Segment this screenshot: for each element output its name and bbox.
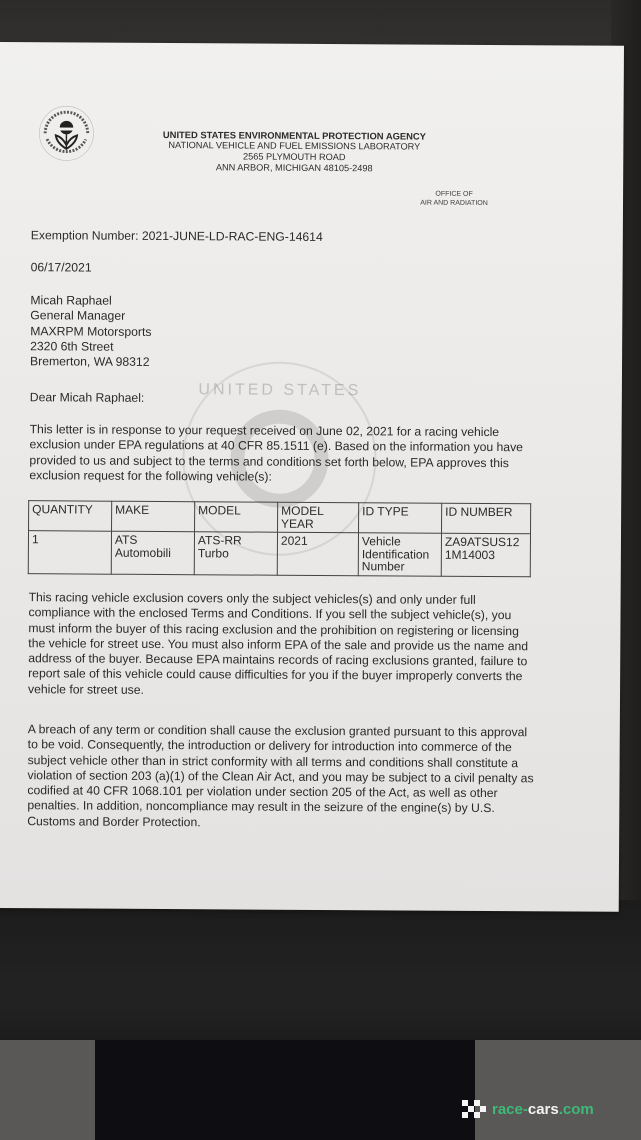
watermark-com: .com	[559, 1101, 594, 1118]
watermark-cars: cars	[528, 1101, 559, 1118]
checkered-flag-icon	[462, 1100, 486, 1118]
paragraph-breach: A breach of any term or condition shall …	[27, 722, 538, 832]
header-model-year: MODEL YEAR	[278, 502, 359, 532]
office-line2: AIR AND RADIATION	[394, 199, 514, 208]
cell-make: ATS Automobili	[111, 531, 194, 575]
header-id-number: ID NUMBER	[442, 503, 531, 534]
header-id-type: ID TYPE	[359, 503, 442, 534]
recipient-address: Micah Raphael General Manager MAXRPM Mot…	[30, 293, 152, 370]
paragraph-coverage: This racing vehicle exclusion covers onl…	[28, 590, 539, 700]
cell-model-year: 2021	[277, 532, 358, 575]
recipient-city: Bremerton, WA 98312	[30, 354, 151, 370]
letterhead: UNITED STATES ENVIRONMENTAL PROTECTION A…	[129, 129, 459, 175]
site-watermark: race-cars.com	[462, 1100, 594, 1118]
paragraph-request: This letter is in response to your reque…	[29, 422, 539, 486]
cell-id-type: Vehicle Identification Number	[358, 533, 441, 577]
epa-seal-icon	[37, 104, 95, 162]
header-make: MAKE	[112, 501, 195, 532]
epa-letter-document: UNITED STATES UNITED STATES ENVIRONMENTA…	[0, 42, 624, 912]
lab-city: ANN ARBOR, MICHIGAN 48105-2498	[129, 162, 459, 175]
recipient-name: Micah Raphael	[30, 293, 151, 309]
vehicle-table: QUANTITY MAKE MODEL MODEL YEAR ID TYPE I…	[28, 500, 531, 577]
letter-date: 06/17/2021	[31, 260, 92, 276]
watermark-race: race-	[492, 1101, 528, 1118]
background-mat	[0, 900, 641, 1060]
cell-model: ATS-RR Turbo	[194, 532, 277, 576]
recipient-company: MAXRPM Motorsports	[30, 324, 151, 340]
recipient-street: 2320 6th Street	[30, 339, 151, 355]
header-model: MODEL	[195, 502, 278, 533]
header-quantity: QUANTITY	[29, 501, 112, 532]
cell-quantity: 1	[28, 531, 111, 575]
salutation: Dear Micah Raphael:	[30, 390, 145, 406]
recipient-title: General Manager	[30, 308, 151, 324]
table-row: 1 ATS Automobili ATS-RR Turbo 2021 Vehic…	[28, 531, 530, 577]
cell-id-number: ZA9ATSUS12 1M14003	[441, 533, 530, 577]
table-header-row: QUANTITY MAKE MODEL MODEL YEAR ID TYPE I…	[29, 501, 531, 534]
floor-shadow	[95, 1040, 475, 1140]
exemption-number: Exemption Number: 2021-JUNE-LD-RAC-ENG-1…	[31, 228, 323, 245]
office-block: OFFICE OF AIR AND RADIATION	[394, 190, 514, 208]
